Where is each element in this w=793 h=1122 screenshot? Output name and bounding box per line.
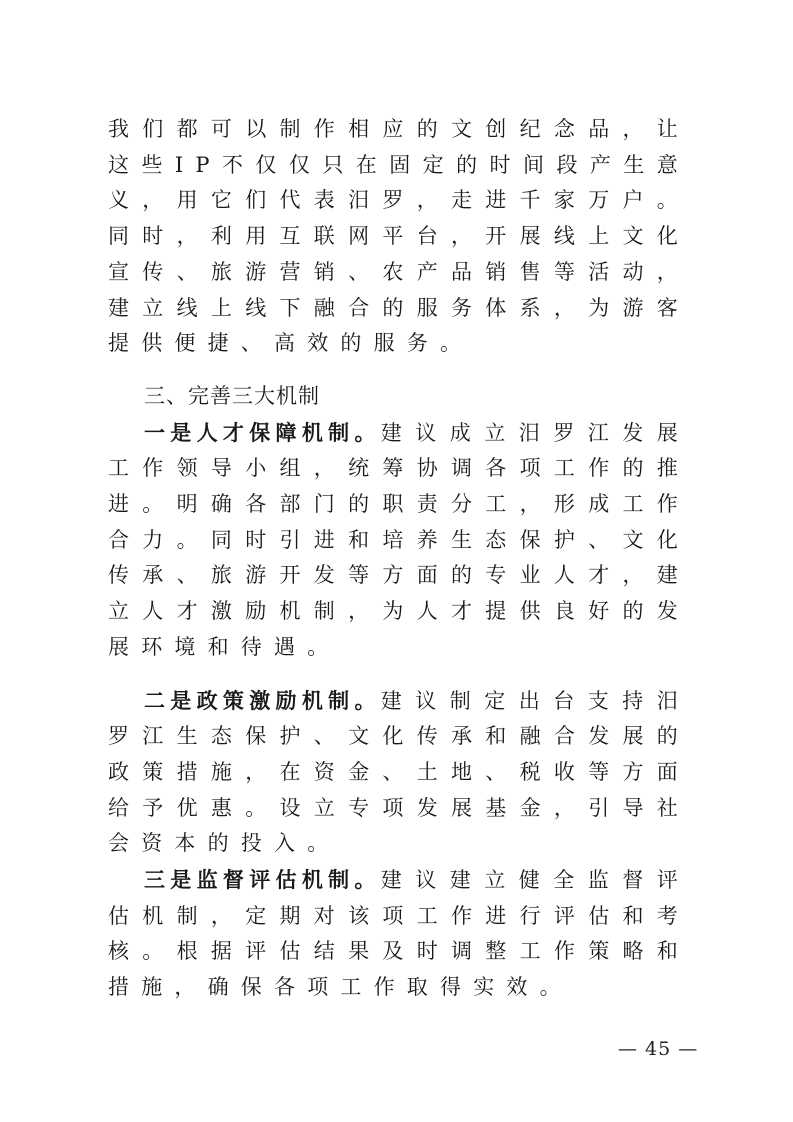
item-lead: 三是监督评估机制。 [144,867,381,892]
item-supervision-mechanism: 三是监督评估机制。建议建立健全监督评估机制，定期对该项工作进行评估和考核。根据评… [108,862,690,1006]
item-talent-mechanism: 一是人才保障机制。建议成立汨罗江发展工作领导小组，统筹协调各项工作的推进。明确各… [108,415,690,666]
item-policy-mechanism: 二是政策激励机制。建议制定出台支持汨罗江生态保护、文化传承和融合发展的政策措施，… [108,683,690,863]
item-body: 建议制定出台支持汨罗江生态保护、文化传承和融合发展的政策措施，在资金、土地、税收… [108,689,690,856]
page-number: — 45 — [618,1038,698,1060]
item-lead: 二是政策激励机制。 [144,688,381,713]
paragraph-continuation: 我们都可以制作相应的文创纪念品，让这些IP不仅仅只在固定的时间段产生意义，用它们… [108,112,690,362]
section-heading: 三、完善三大机制 [108,379,690,415]
item-lead: 一是人才保障机制。 [144,420,381,445]
item-body: 建议成立汨罗江发展工作领导小组，统筹协调各项工作的推进。明确各部门的职责分工，形… [108,421,690,659]
document-page: 我们都可以制作相应的文创纪念品，让这些IP不仅仅只在固定的时间段产生意义，用它们… [108,112,690,1006]
